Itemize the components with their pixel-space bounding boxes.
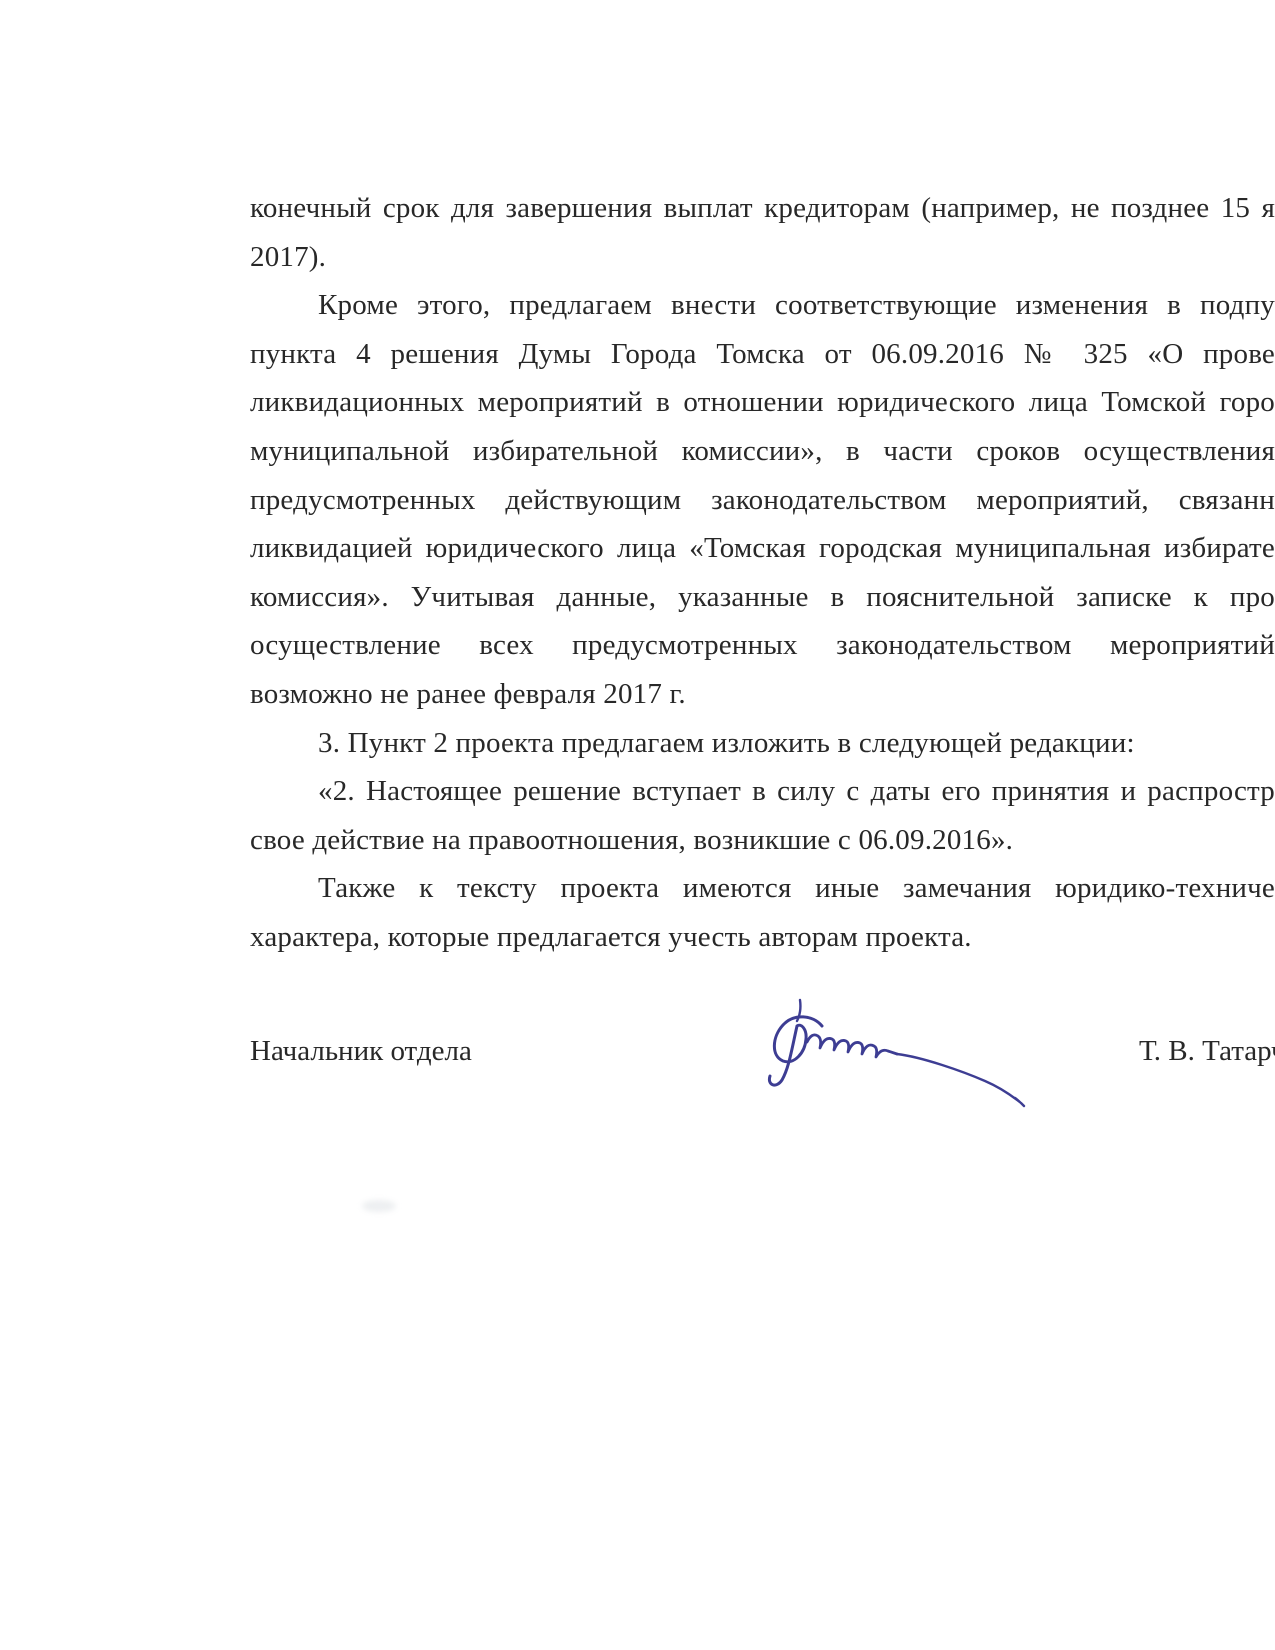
document-line: пункта 4 решения Думы Города Томска от 0… [250,330,1275,379]
scanned-document-page: конечный срок для завершения выплат кред… [0,0,1275,1650]
scan-artifact [362,1200,396,1212]
document-line: характера, которые предлагается учесть а… [250,913,1275,962]
document-body: конечный срок для завершения выплат кред… [250,184,1275,962]
document-line: свое действие на правоотношения, возникш… [250,816,1275,865]
document-line: муниципальной избирательной комиссии», в… [250,427,1275,476]
document-line: осуществление всех предусмотренных закон… [250,621,1275,670]
signature-humps [807,1035,897,1057]
document-line: ликвидационных мероприятий в отношении ю… [250,378,1275,427]
document-line: Кроме этого, предлагаем внести соответст… [250,281,1275,330]
document-line: 3. Пункт 2 проекта предлагаем изложить в… [250,719,1275,768]
document-line: «2. Настоящее решение вступает в силу с … [250,767,1275,816]
document-line: комиссия». Учитывая данные, указанные в … [250,573,1275,622]
signature-tail [897,1054,1024,1106]
handwritten-signature [727,980,1037,1115]
document-line: предусмотренных действующим законодатель… [250,476,1275,525]
document-line: конечный срок для завершения выплат кред… [250,184,1275,233]
document-line: ликвидацией юридического лица «Томская г… [250,524,1275,573]
document-line: 2017). [250,233,1275,282]
signature-loop [769,1017,822,1085]
signer-position-label: Начальник отдела [250,1034,472,1068]
document-line: Также к тексту проекта имеются иные заме… [250,864,1275,913]
signer-name-label: Т. В. Татарчук [1139,1034,1275,1068]
document-line: возможно не ранее февраля 2017 г. [250,670,1275,719]
